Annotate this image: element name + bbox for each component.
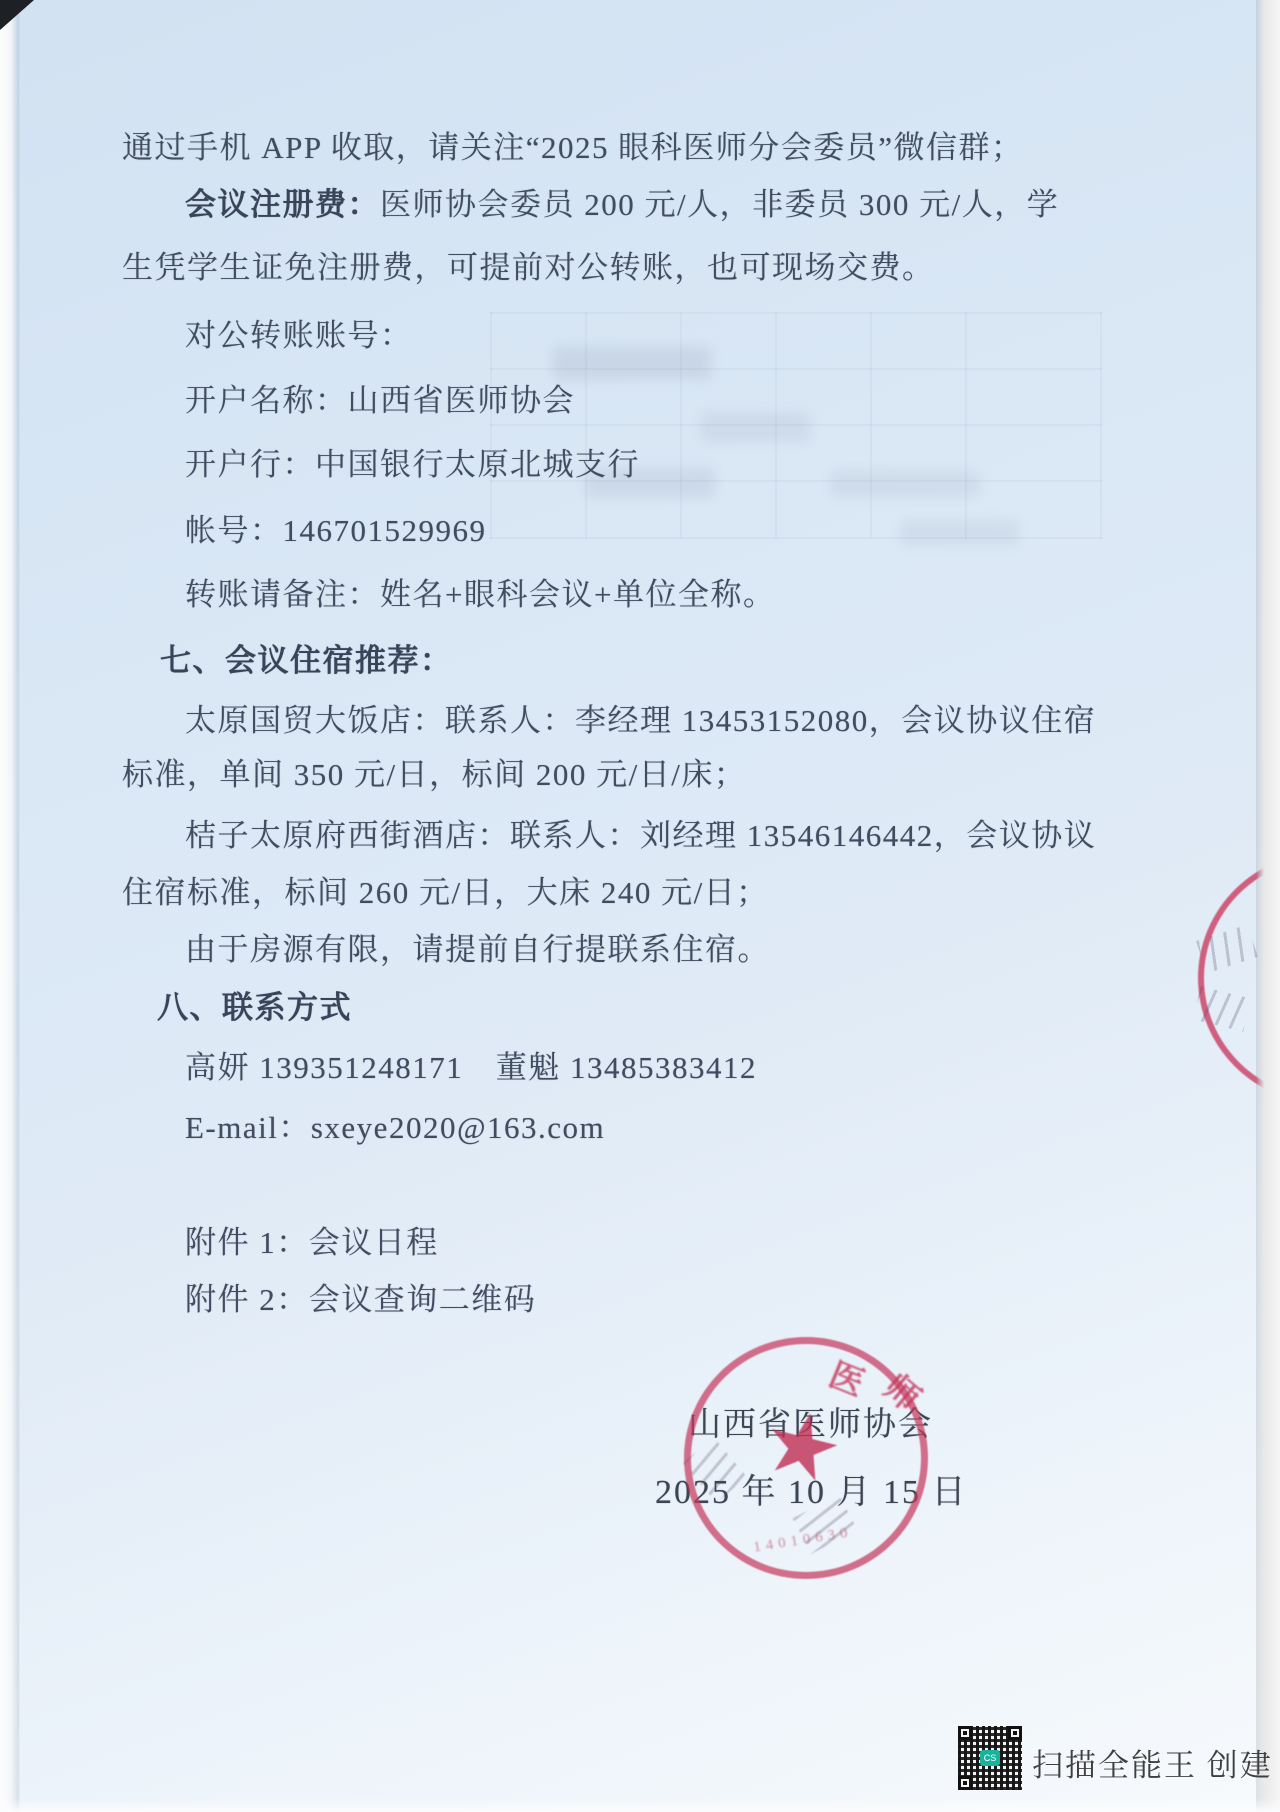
heading-contact: 八、联系方式 xyxy=(157,990,352,1026)
line-attachment-2: 附件 2：会议查询二维码 xyxy=(185,1282,536,1318)
seal-star-icon: ★ xyxy=(754,1394,852,1498)
qr-finder-icon xyxy=(958,1776,972,1790)
seal-smudge xyxy=(683,1437,747,1503)
line-app-notice: 通过手机 APP 收取，请关注“2025 眼科医师分会委员”微信群； xyxy=(122,130,1024,166)
qr-finder-icon xyxy=(958,1726,972,1740)
line-hotel2: 桔子太原府西街酒店：联系人：刘经理 13546146442，会议协议 xyxy=(185,818,1096,854)
scanned-document-page: 通过手机 APP 收取，请关注“2025 眼科医师分会委员”微信群； 会议注册费… xyxy=(0,0,1280,1812)
line-registration-fee: 会议注册费：医师协会委员 200 元/人，非委员 300 元/人，学 xyxy=(185,187,1059,223)
scanner-caption: 扫描全能王 创建 xyxy=(1032,1740,1273,1785)
line-transfer-account-title: 对公转账账号： xyxy=(185,318,413,354)
camscanner-qr-icon: CS xyxy=(958,1726,1022,1790)
line-bank-branch: 开户行：中国银行太原北城支行 xyxy=(185,447,640,483)
qr-finder-icon xyxy=(1008,1726,1022,1740)
page-bottom-edge xyxy=(0,1798,1280,1812)
registration-fee-text: 医师协会委员 200 元/人，非委员 300 元/人，学 xyxy=(380,187,1059,222)
camscanner-logo-icon: CS xyxy=(980,1750,1000,1766)
line-hotel1: 太原国贸大饭店：联系人：李经理 13453152080，会议协议住宿 xyxy=(185,703,1096,739)
line-contact-phones: 高妍 139351248171 董魁 13485383412 xyxy=(185,1050,757,1086)
line-contact-email: E-mail：sxeye2020@163.com xyxy=(185,1110,605,1146)
line-account-name: 开户名称：山西省医师协会 xyxy=(185,383,575,419)
line-registration-fee-cont: 生凭学生证免注册费，可提前对公转账，也可现场交费。 xyxy=(122,250,935,286)
line-transfer-note: 转账请备注：姓名+眼科会议+单位全称。 xyxy=(185,577,775,613)
line-hotel2-cont: 住宿标准，标间 260 元/日，大床 240 元/日； xyxy=(122,875,769,911)
line-account-number: 帐号：146701529969 xyxy=(185,513,487,549)
line-attachment-1: 附件 1：会议日程 xyxy=(185,1225,439,1261)
seal-arc-char-left: 医 xyxy=(823,1347,873,1405)
registration-fee-label: 会议注册费： xyxy=(185,187,380,222)
official-seal: ★ 医 师 14010630 xyxy=(684,1337,928,1579)
line-hotel1-cont: 标准，单间 350 元/日，标间 200 元/日/床； xyxy=(122,757,746,793)
line-room-limited: 由于房源有限，请提前自行提联系住宿。 xyxy=(185,932,770,968)
page-left-edge xyxy=(0,0,20,1812)
page-right-edge xyxy=(1256,0,1280,1812)
heading-accommodation: 七、会议住宿推荐： xyxy=(160,643,453,679)
